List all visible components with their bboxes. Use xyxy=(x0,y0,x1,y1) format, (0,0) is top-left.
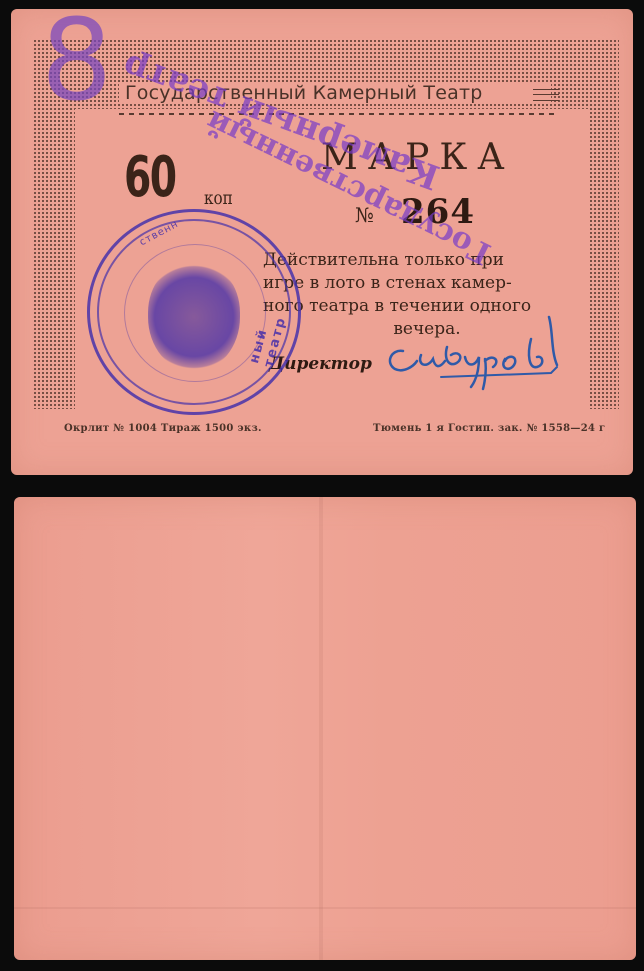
ticket-front: Государственный Камерный Театр 60 коп МА… xyxy=(11,9,633,475)
title-ornament-lines xyxy=(533,89,559,101)
round-seal-stamp: ственн ный театр xyxy=(87,209,301,415)
printer-order-text: Тюмень 1 я Гостип. зак. № 1558—24 г xyxy=(373,423,605,434)
numeral-handstamp: 8 xyxy=(41,5,112,117)
print-permit-text: Окрлит № 1004 Тираж 1500 экз. xyxy=(64,423,262,434)
fold-line xyxy=(319,497,323,960)
description-line: игре в лото в стенах камер- xyxy=(263,272,581,295)
dashed-rule xyxy=(119,113,559,115)
denomination-value: 60 xyxy=(124,145,176,210)
seal-ring-text: ственн xyxy=(138,219,181,249)
seal-emblem-icon xyxy=(148,262,240,372)
description-line: Действительна только при xyxy=(263,249,581,272)
crease-line xyxy=(14,907,636,909)
signature-icon xyxy=(381,311,571,391)
denomination-unit: коп xyxy=(204,187,233,209)
ticket-back xyxy=(14,497,636,960)
